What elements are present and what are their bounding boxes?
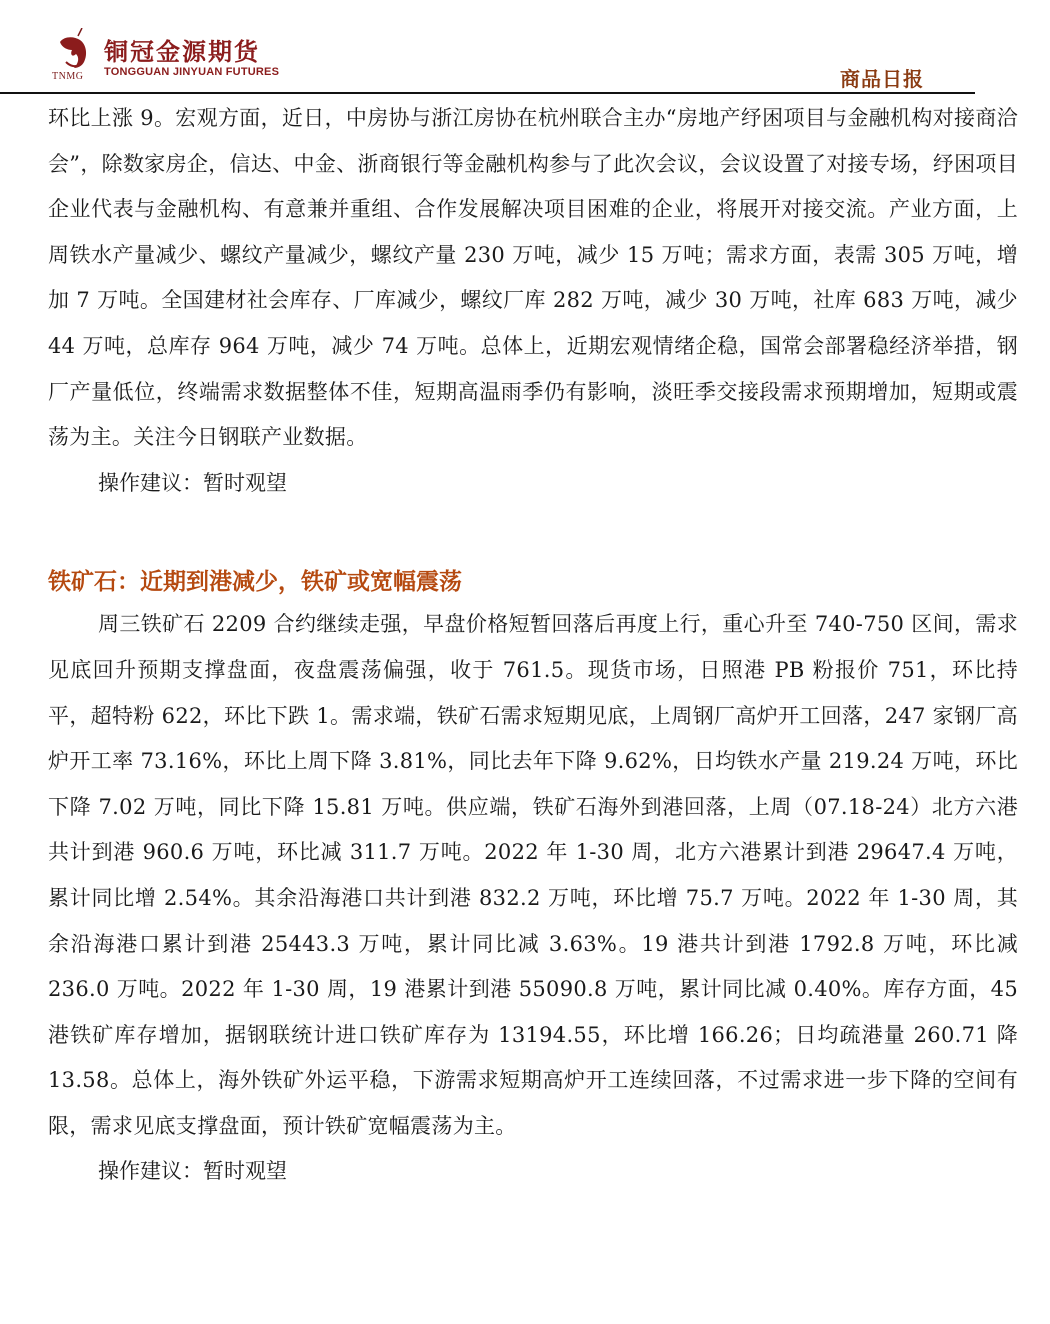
iron-ore-paragraph: 周三铁矿石 2209 合约继续走强，早盘价格短暂回落后再度上行，重心升至 740…	[48, 602, 1018, 1149]
section-spacer	[48, 506, 1018, 562]
logo-abbr: TNMG	[52, 71, 83, 82]
iron-ore-title: 铁矿石：近期到港减少，铁矿或宽幅震荡	[48, 562, 1018, 602]
section-steel-continued: 环比上涨 9。宏观方面，近日，中房协与浙江房协在杭州联合主办“房地产纾困项目与金…	[48, 96, 1018, 506]
report-body: 环比上涨 9。宏观方面，近日，中房协与浙江房协在杭州联合主办“房地产纾困项目与金…	[48, 96, 1018, 1195]
logo-en-name: TONGGUAN JINYUAN FUTURES	[104, 66, 279, 78]
iron-ore-advice: 操作建议：暂时观望	[48, 1149, 1018, 1195]
company-logo: TNMG 铜冠金源期货 TONGGUAN JINYUAN FUTURES	[48, 28, 288, 88]
section-iron-ore: 铁矿石：近期到港减少，铁矿或宽幅震荡 周三铁矿石 2209 合约继续走强，早盘价…	[48, 562, 1018, 1195]
logo-cn-name: 铜冠金源期货	[104, 32, 260, 67]
steel-advice: 操作建议：暂时观望	[48, 461, 1018, 507]
header-divider	[0, 92, 975, 94]
company-logo-icon	[52, 28, 96, 72]
report-type-label: 商品日报	[840, 63, 924, 92]
steel-paragraph: 环比上涨 9。宏观方面，近日，中房协与浙江房协在杭州联合主办“房地产纾困项目与金…	[48, 96, 1018, 461]
page-header: TNMG 铜冠金源期货 TONGGUAN JINYUAN FUTURES 商品日…	[0, 0, 1050, 100]
